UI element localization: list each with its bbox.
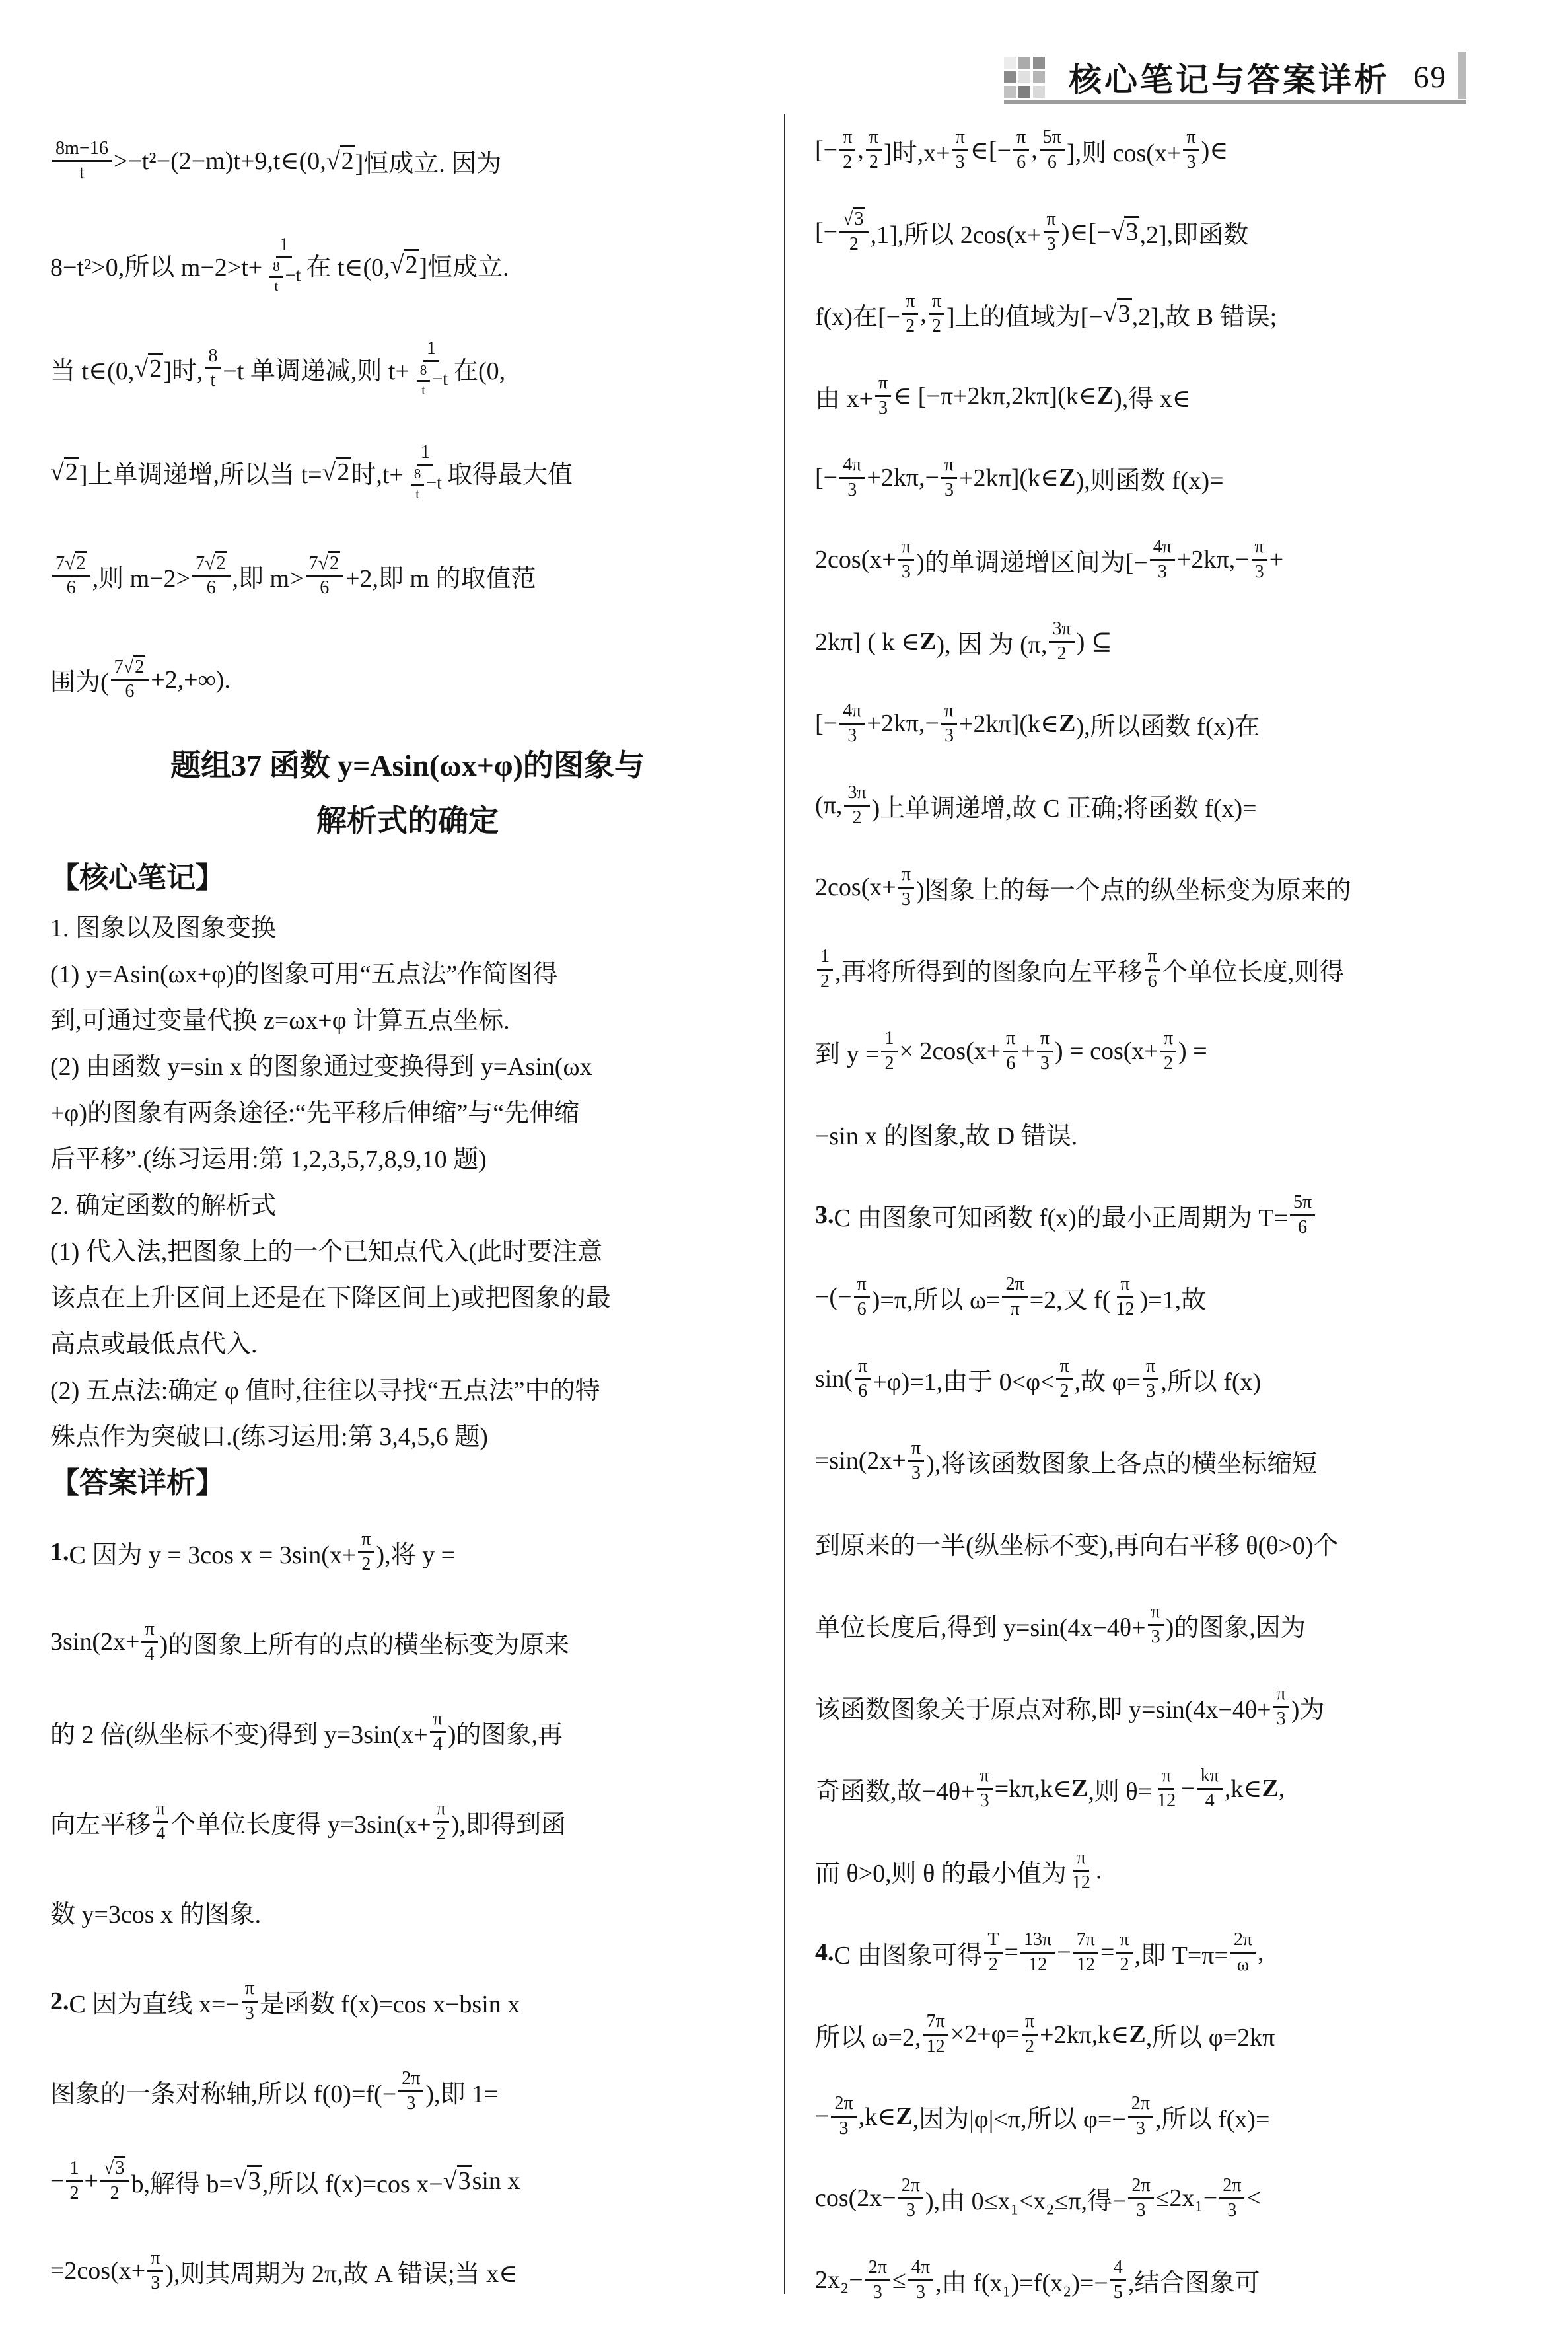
text-line: 单位长度后,得到 y=sin(4x−4θ+π3)的图象,因为 <box>815 1584 1530 1666</box>
grid-square <box>1004 71 1016 83</box>
text-line: 8−t²>0,所以 m−2>t+18t−t在 t∈(0,√2]恒成立. <box>50 213 765 316</box>
text-line: −2π3,k∈Z,因为|φ|<π,所以 φ=−2π3,所以 f(x)= <box>815 2075 1530 2157</box>
text-line: [−√32,1],所以 2cos(x+π3)∈[−√3,2],即函数 <box>815 191 1530 273</box>
text-line: 到 y = 12 × 2cos(x+π6+π3) = cos(x+π2) = <box>815 1010 1530 1092</box>
text-line: [−π2,π2]时,x+π3∈[−π6,5π6],则 cos(x+π3)∈ <box>815 109 1530 191</box>
group-heading-line2: 解析式的确定 <box>50 793 765 849</box>
header-end-bar <box>1458 52 1466 99</box>
grid-square <box>1018 86 1030 98</box>
text-line: 3sin(2x+π4)的图象上所有的点的横坐标变为原来 <box>50 1597 765 1687</box>
text-line: 该函数图象关于原点对称,即 y=sin(4x−4θ+π3)为 <box>815 1666 1530 1748</box>
grid-square <box>1004 57 1016 69</box>
text-line: cos(2x−2π3),由 0≤x₁<x₂≤π,得−2π3≤2x₁−2π3< <box>815 2157 1530 2239</box>
column-divider <box>784 114 785 2294</box>
text-line: (1) 代入法,把图象上的一个已知点代入(此时要注意 <box>50 1226 765 1272</box>
text-line: 当 t∈(0,√2]时,8t−t 单调递减,则 t+18t−t在(0, <box>50 316 765 420</box>
text-line: 的 2 倍(纵坐标不变)得到 y=3sin(x+π4)的图象,再 <box>50 1687 765 1777</box>
page-number: 69 <box>1413 59 1447 95</box>
text-line: 高点或最低点代入. <box>50 1318 765 1364</box>
text-line: 2. 确定函数的解析式 <box>50 1179 765 1226</box>
text-line: 4. C 由图象可得T2=13π12−7π12=π2,即 T=π=2πω, <box>815 1911 1530 1993</box>
text-line: 2x₂−2π3≤4π3,由 f(x₁)=f(x₂)=−45,结合图象可 <box>815 2239 1530 2321</box>
text-line: 1. 图象以及图象变换 <box>50 902 765 948</box>
text-line: −12+√32b,解得 b=√3,所以 f(x)=cos x−√3sin x <box>50 2136 765 2226</box>
text-line: [−4π3+2kπ,−π3+2kπ](k∈Z),所以函数 f(x)在 <box>815 683 1530 764</box>
text-line: 12,再将所得到的图象向左平移π6个单位长度,则得 <box>815 928 1530 1010</box>
text-line: 殊点作为突破口.(练习运用:第 3,4,5,6 题) <box>50 1411 765 1457</box>
header-bar: 核心笔记与答案详析 69 <box>1004 52 1466 103</box>
text-line: [−4π3+2kπ,−π3+2kπ](k∈Z),则函数 f(x)= <box>815 437 1530 519</box>
text-line: 而 θ>0,则 θ 的最小值为π12. <box>815 1829 1530 1911</box>
text-line: 图象的一条对称轴,所以 f(0)=f(−2π3),即 1= <box>50 2046 765 2136</box>
text-line: 2cos(x+π3)的单调递增区间为[−4π3+2kπ,−π3+ <box>815 519 1530 601</box>
text-line: 到,可通过变量代换 z=ωx+φ 计算五点坐标. <box>50 994 765 1041</box>
text-line: (1) y=Asin(ωx+φ)的图象可用“五点法”作简图得 <box>50 948 765 994</box>
text-line: 2kπ] ( k ∈ Z ), 因 为 (π,3π2) ⊆ <box>815 601 1530 683</box>
text-line: sin(π6+φ)=1,由于 0<φ<π2,故 φ=π3,所以 f(x) <box>815 1338 1530 1420</box>
core-notes-body: 1. 图象以及图象变换(1) y=Asin(ωx+φ)的图象可用“五点法”作简图… <box>50 902 765 1457</box>
answer-continuation: 8m−16t>−t²−(2−m)t+9,t∈(0,√2]恒成立. 因为8−t²>… <box>50 109 765 731</box>
answer-1: 1. C 因为 y = 3cos x = 3sin(x+π2),将 y =3si… <box>50 1507 765 1956</box>
header-rule <box>1004 100 1466 104</box>
text-line: =2cos(x+π3),则其周期为 2π,故 A 错误;当 x∈ <box>50 2226 765 2316</box>
text-line: (2) 由函数 y=sin x 的图象通过变换得到 y=Asin(ωx <box>50 1041 765 1087</box>
text-line: 2. C 因为直线 x=−π3是函数 f(x)=cos x−bsin x <box>50 1956 765 2046</box>
left-column: 8m−16t>−t²−(2−m)t+9,t∈(0,√2]恒成立. 因为8−t²>… <box>50 109 765 2316</box>
text-line: f(x)在[−π2,π2]上的值域为[−√3,2],故 B 错误; <box>815 273 1530 355</box>
text-line: (2) 五点法:确定 φ 值时,往往以寻找“五点法”中的特 <box>50 1364 765 1411</box>
text-line: 数 y=3cos x 的图象. <box>50 1866 765 1956</box>
header-title: 核心笔记与答案详析 <box>1069 54 1390 101</box>
text-line: 奇函数,故−4θ+π3=kπ,k∈Z,则 θ=π12−kπ4,k∈Z, <box>815 1748 1530 1829</box>
grid-square <box>1004 86 1016 98</box>
text-line: 围为(7√26+2,+∞). <box>50 628 765 731</box>
text-line: 该点在上升区间上还是在下降区间上)或把图象的最 <box>50 1272 765 1318</box>
text-line: 向左平移π4个单位长度得 y=3sin(x+π2),即得到函 <box>50 1777 765 1866</box>
right-column-flow: [−π2,π2]时,x+π3∈[−π6,5π6],则 cos(x+π3)∈[−√… <box>815 109 1530 2321</box>
text-line: 到原来的一半(纵坐标不变),再向右平移 θ(θ>0)个 <box>815 1502 1530 1584</box>
text-line: 所以 ω=2,7π12×2+φ=π2+2kπ,k∈Z,所以 φ=2kπ <box>815 1993 1530 2075</box>
text-line: −(−π6)=π,所以 ω=2ππ=2,又 f(π12)=1,故 <box>815 1256 1530 1338</box>
text-line: 2cos(x+π3)图象上的每一个点的纵坐标变为原来的 <box>815 846 1530 928</box>
text-line: −sin x 的图象,故 D 错误. <box>815 1092 1530 1174</box>
text-line: 3. C 由图象可知函数 f(x)的最小正周期为 T=5π6 <box>815 1174 1530 1256</box>
core-notes-label: 【核心笔记】 <box>50 854 765 902</box>
grid-square <box>1033 71 1045 83</box>
text-line: 由 x+π3 ∈ [−π+2kπ,2kπ](k∈Z),得 x∈ <box>815 355 1530 437</box>
text-line: 后平移”.(练习运用:第 1,2,3,5,7,8,9,10 题) <box>50 1133 765 1179</box>
right-column: [−π2,π2]时,x+π3∈[−π6,5π6],则 cos(x+π3)∈[−√… <box>815 109 1530 2321</box>
grid-square <box>1033 57 1045 69</box>
text-line: +φ)的图象有两条途径:“先平移后伸缩”与“先伸缩 <box>50 1087 765 1133</box>
text-line: 7√26,则 m−2>7√26,即 m>7√26+2,即 m 的取值范 <box>50 524 765 628</box>
text-line: =sin(2x+π3),将该函数图象上各点的横坐标缩短 <box>815 1420 1530 1502</box>
text-line: √2]上单调递增,所以当 t=√2时,t+18t−t取得最大值 <box>50 420 765 524</box>
text-line: 8m−16t>−t²−(2−m)t+9,t∈(0,√2]恒成立. 因为 <box>50 109 765 213</box>
answers-label: 【答案详析】 <box>50 1459 765 1507</box>
grid-square <box>1033 86 1045 98</box>
text-line: 1. C 因为 y = 3cos x = 3sin(x+π2),将 y = <box>50 1507 765 1597</box>
text-line: (π,3π2)上单调递增,故 C 正确;将函数 f(x)= <box>815 764 1530 846</box>
group-heading: 题组37 函数 y=Asin(ωx+φ)的图象与 解析式的确定 <box>50 738 765 849</box>
grid-square <box>1018 57 1030 69</box>
group-heading-line1: 题组37 函数 y=Asin(ωx+φ)的图象与 <box>50 738 765 793</box>
answer-2: 2. C 因为直线 x=−π3是函数 f(x)=cos x−bsin x图象的一… <box>50 1956 765 2316</box>
grid-square <box>1018 71 1030 83</box>
grid-squares-icon <box>1004 57 1045 98</box>
